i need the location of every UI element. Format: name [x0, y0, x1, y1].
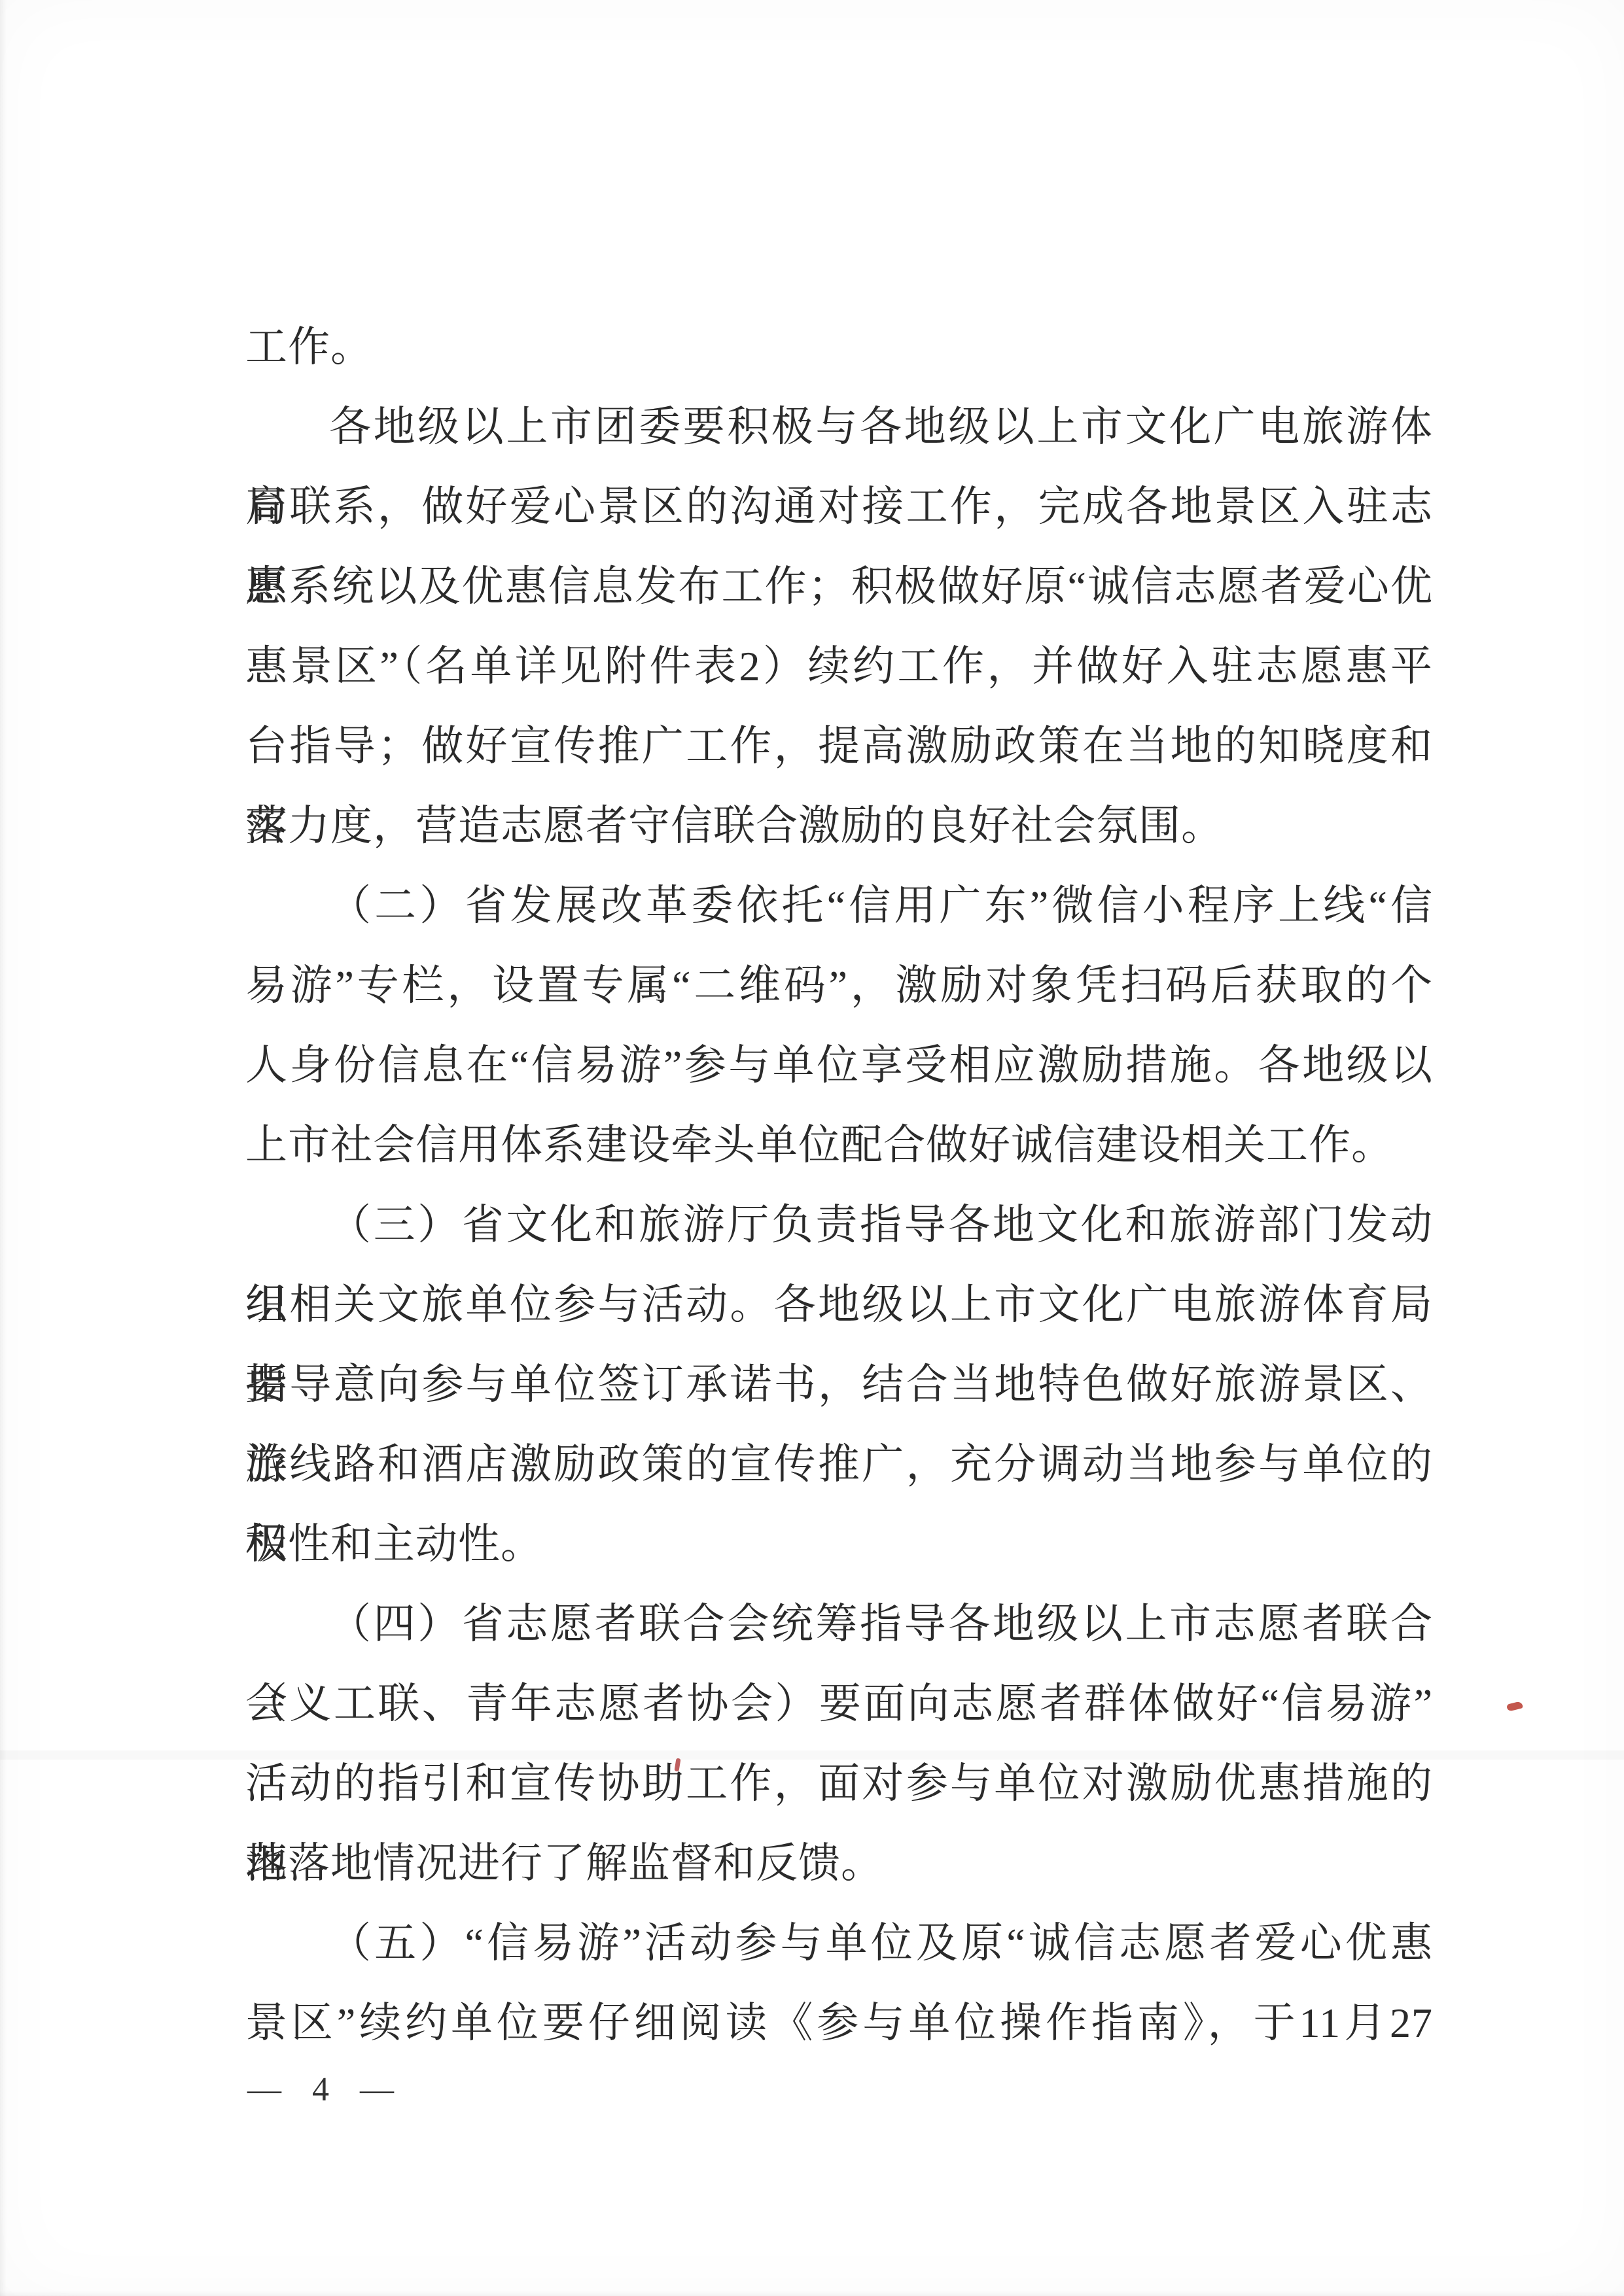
text-line-10: 人身份信息在“信易游”参与单位享受相应激励措施。各地级以 [245, 1026, 1433, 1105]
text-line-22: 景区”续约单位要仔细阅读《参与单位操作指南》，于11月27 [245, 1983, 1433, 2063]
document-page: 工作。 各地级以上市团委要积极与各地级以上市文化广电旅游体育 局联系，做好爱心景… [0, 0, 1624, 2296]
scan-edge-shading-bottom [0, 2291, 1624, 2296]
text-line-12: （三）省文化和旅游厅负责指导各地文化和旅游部门发动组 [245, 1185, 1433, 1265]
text-line-19: 活动的指引和宣传协助工作，面对参与单位对激励优惠措施的落 [245, 1744, 1433, 1824]
text-line-20: 地落地情况进行了解监督和反馈。 [245, 1824, 1433, 1904]
text-line-05: 惠景区”（名单详见附件表2）续约工作，并做好入驻志愿惠平 [245, 627, 1433, 706]
red-ink-smudge-artifact [1506, 1701, 1523, 1711]
scan-edge-shading-left [0, 0, 7, 2296]
text-line-15: 游线路和酒店激励政策的宣传推广，充分调动当地参与单位的积 [245, 1425, 1433, 1505]
text-line-09: 易游”专栏，设置专属“二维码”，激励对象凭扫码后获取的个 [245, 946, 1433, 1026]
text-line-17: （四）省志愿者联合会统筹指导各地级以上市志愿者联合会 [245, 1584, 1433, 1664]
document-body: 工作。 各地级以上市团委要积极与各地级以上市文化广电旅游体育 局联系，做好爱心景… [245, 307, 1433, 2063]
text-line-01: 工作。 [245, 307, 1433, 387]
text-line-16: 极性和主动性。 [245, 1505, 1433, 1584]
text-line-07: 实力度，营造志愿者守信联合激励的良好社会氛围。 [245, 786, 1433, 866]
text-line-18: （义工联、青年志愿者协会）要面向志愿者群体做好“信易游” [245, 1664, 1433, 1744]
text-line-06: 台指导；做好宣传推广工作，提高激励政策在当地的知晓度和落 [245, 706, 1433, 786]
text-line-03: 局联系，做好爱心景区的沟通对接工作，完成各地景区入驻志愿 [245, 467, 1433, 547]
text-line-21: （五）“信易游”活动参与单位及原“诚信志愿者爱心优惠 [245, 1904, 1433, 1983]
page-number: — 4 — [247, 2067, 397, 2113]
text-line-02: 各地级以上市团委要积极与各地级以上市文化广电旅游体育 [245, 387, 1433, 467]
text-line-04: 惠系统以及优惠信息发布工作；积极做好原“诚信志愿者爱心优 [245, 547, 1433, 627]
text-line-13: 织相关文旅单位参与活动。各地级以上市文化广电旅游体育局要 [245, 1265, 1433, 1345]
text-line-11: 上市社会信用体系建设牵头单位配合做好诚信建设相关工作。 [245, 1105, 1433, 1185]
text-line-14: 指导意向参与单位签订承诺书，结合当地特色做好旅游景区、旅 [245, 1345, 1433, 1425]
text-line-08: （二）省发展改革委依托“信用广东”微信小程序上线“信 [245, 866, 1433, 946]
